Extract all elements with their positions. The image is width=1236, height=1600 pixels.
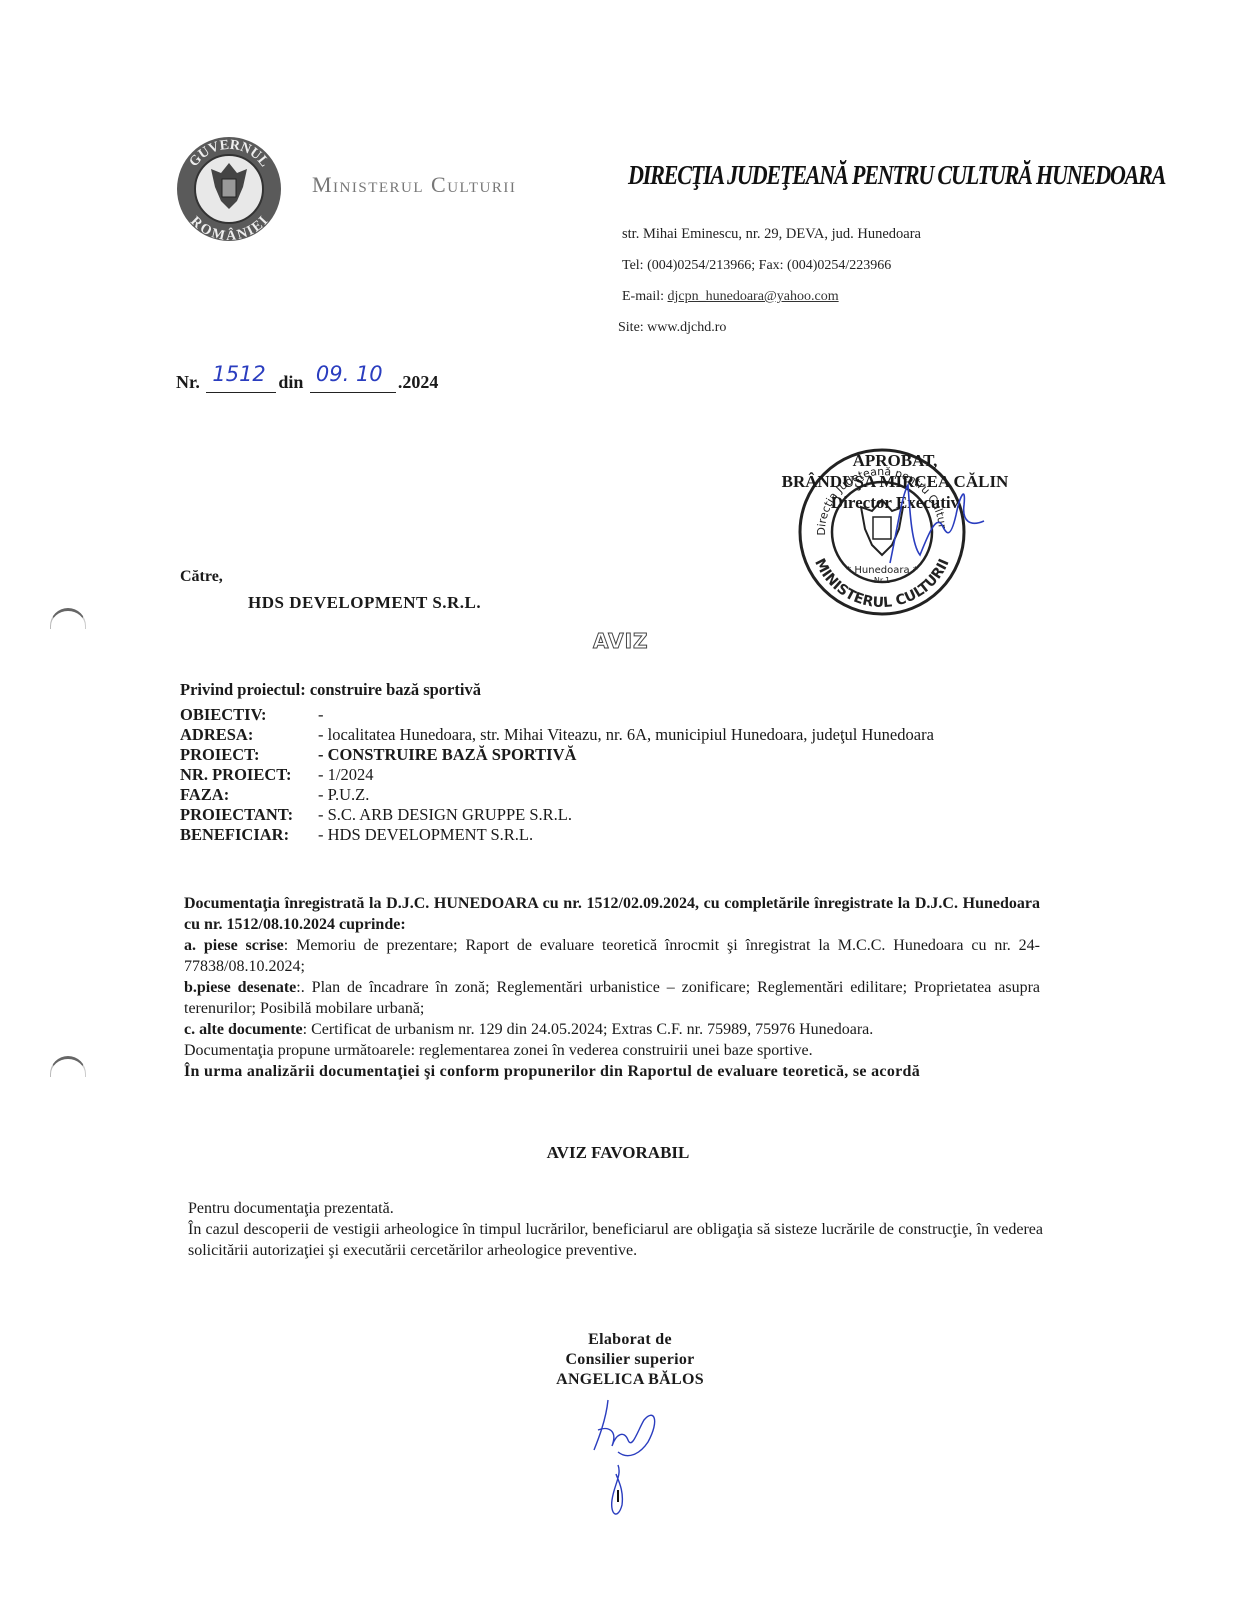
date-field: 09. 10 bbox=[310, 372, 396, 393]
other-documents: c. alte documente: Certificat de urbanis… bbox=[184, 1019, 1040, 1040]
salutation: Către, bbox=[180, 568, 223, 586]
addressee-name: HDS DEVELOPMENT S.R.L. bbox=[248, 593, 481, 613]
closing-text: Pentru documentaţia prezentată. În cazul… bbox=[188, 1198, 1043, 1261]
ministry-name: Ministerul Culturii bbox=[312, 172, 516, 198]
elaborated-label: Elaborat de bbox=[500, 1330, 760, 1350]
svg-text:Nr.1: Nr.1 bbox=[874, 576, 890, 585]
field-label: BENEFICIAR: bbox=[180, 825, 318, 845]
field-label: ADRESA: bbox=[180, 725, 318, 745]
field-beneficiar: BENEFICIAR:- HDS DEVELOPMENT S.R.L. bbox=[180, 825, 1040, 845]
institution-title: DIRECŢIA JUDEŢEANĂ PENTRU CULTURĂ HUNEDO… bbox=[628, 160, 1165, 191]
verdict: AVIZ FAVORABIL bbox=[0, 1143, 1236, 1163]
year-suffix: .2024 bbox=[398, 372, 439, 392]
institution-address: str. Mihai Eminescu, nr. 29, DEVA, jud. … bbox=[622, 226, 921, 243]
nr-field: 1512 bbox=[206, 372, 276, 393]
field-value: - HDS DEVELOPMENT S.R.L. bbox=[318, 825, 1040, 845]
documentation-body: Documentaţia înregistrată la D.J.C. HUNE… bbox=[184, 893, 1040, 1082]
approval-label: APROBAT, bbox=[760, 450, 1030, 471]
punch-hole-mark bbox=[50, 1056, 86, 1077]
elaborated-by: Elaborat de Consilier superior ANGELICA … bbox=[500, 1330, 760, 1390]
project-fields: OBIECTIV:- ADRESA:- localitatea Hunedoar… bbox=[180, 705, 1040, 845]
elaborated-role: Consilier superior bbox=[500, 1350, 760, 1370]
field-obiectiv: OBIECTIV:- bbox=[180, 705, 1040, 725]
institution-email: E-mail: djcpn_hunedoara@yahoo.com bbox=[622, 289, 839, 305]
field-label: PROIECTANT: bbox=[180, 805, 318, 825]
field-nr-proiect: NR. PROIECT:- 1/2024 bbox=[180, 765, 1040, 785]
field-value: - bbox=[318, 705, 1040, 725]
field-value: - S.C. ARB DESIGN GRUPPE S.R.L. bbox=[318, 805, 1040, 825]
field-value: - CONSTRUIRE BAZĂ SPORTIVĂ bbox=[318, 745, 1040, 765]
field-label: FAZA: bbox=[180, 785, 318, 805]
conclusion: În urma analizării documentaţiei şi conf… bbox=[184, 1061, 1040, 1082]
handwritten-nr: 1512 bbox=[212, 362, 265, 386]
field-value: - 1/2024 bbox=[318, 765, 1040, 785]
nr-label: Nr. bbox=[176, 372, 200, 392]
document-type-title: AVIZ bbox=[593, 629, 649, 653]
field-value: - P.U.Z. bbox=[318, 785, 1040, 805]
registration-number: Nr. 1512din 09. 10.2024 bbox=[176, 372, 438, 393]
field-label: NR. PROIECT: bbox=[180, 765, 318, 785]
item-label: a. piese scrise bbox=[184, 937, 284, 954]
din-label: din bbox=[278, 372, 303, 392]
closing-line-1: Pentru documentaţia prezentată. bbox=[188, 1198, 1043, 1219]
written-pieces: a. piese scrise: Memoriu de prezentare; … bbox=[184, 935, 1040, 977]
svg-text:* Hunedoara *: * Hunedoara * bbox=[846, 565, 918, 576]
institution-site: Site: www.djchd.ro bbox=[618, 320, 726, 336]
institution-phone-fax: Tel: (004)0254/213966; Fax: (004)0254/22… bbox=[622, 258, 891, 274]
field-adresa: ADRESA:- localitatea Hunedoara, str. Mih… bbox=[180, 725, 1040, 745]
field-label: OBIECTIV: bbox=[180, 705, 318, 725]
item-text: : Certificat de urbanism nr. 129 din 24.… bbox=[303, 1021, 874, 1038]
closing-line-2: În cazul descoperii de vestigii arheolog… bbox=[188, 1219, 1043, 1261]
field-proiect: PROIECT:- CONSTRUIRE BAZĂ SPORTIVĂ bbox=[180, 745, 1040, 765]
project-subject: Privind proiectul: construire bază sport… bbox=[180, 680, 481, 700]
email-link[interactable]: djcpn_hunedoara@yahoo.com bbox=[668, 289, 839, 304]
field-faza: FAZA:- P.U.Z. bbox=[180, 785, 1040, 805]
field-proiectant: PROIECTANT:- S.C. ARB DESIGN GRUPPE S.R.… bbox=[180, 805, 1040, 825]
punch-hole-mark bbox=[50, 608, 86, 629]
government-seal-icon: GUVERNUL ROMÂNIEI bbox=[175, 135, 283, 243]
field-label: PROIECT: bbox=[180, 745, 318, 765]
item-text: :. Plan de încadrare în zonă; Reglementă… bbox=[184, 979, 1040, 1017]
drawn-pieces: b.piese desenate:. Plan de încadrare în … bbox=[184, 977, 1040, 1019]
documentation-intro: Documentaţia înregistrată la D.J.C. HUNE… bbox=[184, 893, 1040, 935]
handwritten-date: 09. 10 bbox=[316, 362, 383, 386]
field-value: - localitatea Hunedoara, str. Mihai Vite… bbox=[318, 725, 1040, 745]
director-signature-icon bbox=[880, 475, 990, 565]
item-text: : Memoriu de prezentare; Raport de evalu… bbox=[184, 937, 1040, 975]
email-label: E-mail: bbox=[622, 289, 668, 304]
elaborated-name: ANGELICA BĂLOS bbox=[500, 1370, 760, 1390]
proposal: Documentaţia propune următoarele: reglem… bbox=[184, 1040, 1040, 1061]
item-label: b.piese desenate bbox=[184, 979, 296, 996]
item-label: c. alte documente bbox=[184, 1021, 303, 1038]
counselor-signature-icon bbox=[588, 1390, 668, 1520]
